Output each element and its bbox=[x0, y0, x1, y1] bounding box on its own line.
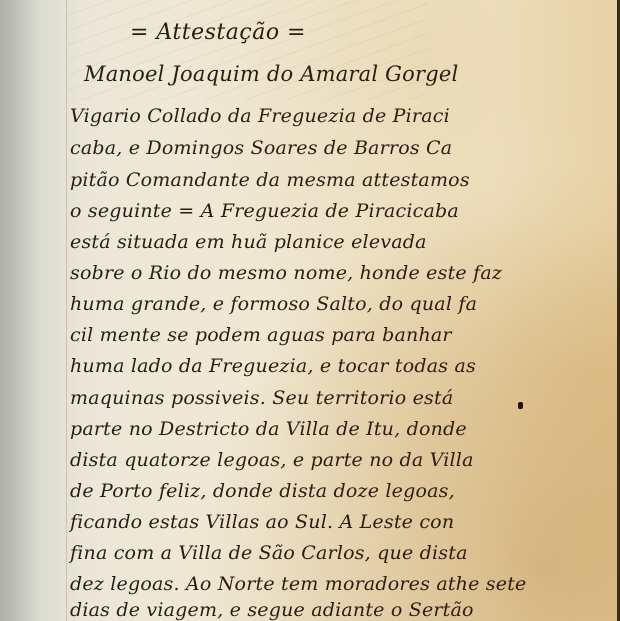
text-line: huma grande, e formoso Salto, do qual fa bbox=[70, 293, 477, 315]
text-line: huma lado da Freguezia, e tocar todas as bbox=[70, 355, 476, 377]
text-line: pitão Comandante da mesma attestamos bbox=[70, 169, 470, 191]
text-line: parte no Destricto da Villa de Itu, dond… bbox=[70, 418, 467, 440]
document-title: = Attestação = bbox=[130, 20, 306, 45]
text-line: cil mente se podem aguas para banhar bbox=[70, 324, 452, 346]
text-line: de Porto feliz, donde dista doze legoas, bbox=[70, 480, 455, 502]
text-line: dista quatorze legoas, e parte no da Vil… bbox=[70, 449, 474, 471]
text-line: fina com a Villa de São Carlos, que dist… bbox=[70, 542, 468, 564]
manuscript-page: = Attestação = Manoel Joaquim do Amaral … bbox=[0, 0, 617, 621]
text-line: está situada em huã planice elevada bbox=[70, 231, 427, 253]
gutter-shadow bbox=[0, 0, 40, 621]
text-line: maquinas possiveis. Seu territorio está bbox=[70, 387, 453, 409]
ink-blot bbox=[518, 402, 523, 409]
margin-rule bbox=[66, 0, 67, 621]
text-line: dias de viagem, e segue adiante o Sertão bbox=[70, 599, 474, 621]
text-line: ficando estas Villas ao Sul. A Leste con bbox=[70, 511, 454, 533]
text-line: sobre o Rio do mesmo nome, honde este fa… bbox=[70, 262, 502, 284]
text-line: dez legoas. Ao Norte tem moradores athe … bbox=[70, 573, 526, 595]
text-line: Manoel Joaquim do Amaral Gorgel bbox=[84, 62, 458, 86]
text-line: o seguinte = A Freguezia de Piracicaba bbox=[70, 200, 459, 222]
text-line: caba, e Domingos Soares de Barros Ca bbox=[70, 137, 452, 159]
text-line: Vigario Collado da Freguezia de Piraci bbox=[70, 105, 450, 127]
